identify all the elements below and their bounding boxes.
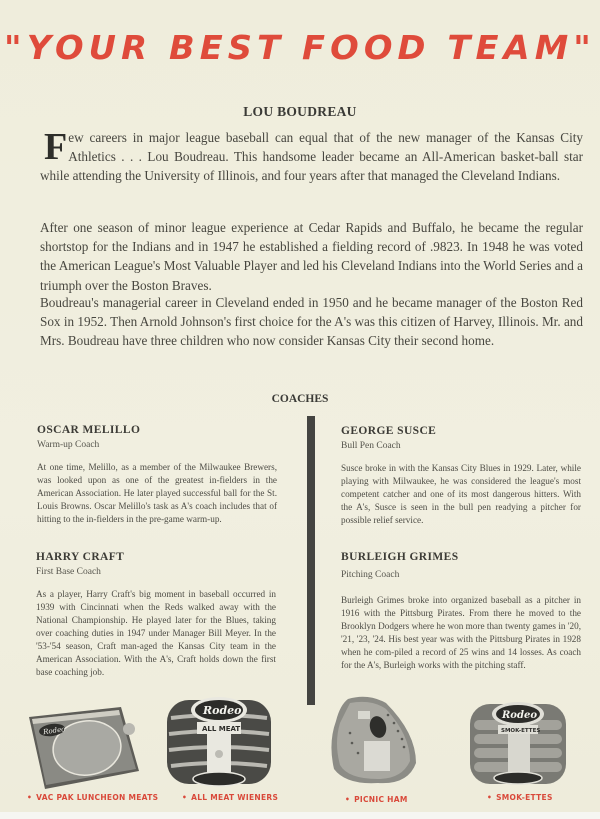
- bio-paragraph-3: Boudreau's managerial career in Clevelan…: [40, 293, 583, 351]
- bullet: •: [27, 793, 32, 802]
- svg-text:ALL MEAT: ALL MEAT: [202, 725, 240, 733]
- coach-role: Bull Pen Coach: [341, 441, 581, 451]
- coach-george-susce: GEORGE SUSCE Bull Pen Coach Susce broke …: [341, 425, 581, 527]
- smokettes-package-icon: Rodeo SMOK-ETTES: [466, 698, 570, 788]
- page-bottom-edge: [0, 812, 600, 819]
- picnic-ham-icon: [328, 693, 423, 788]
- coach-bio: At one time, Melillo, as a member of the…: [37, 461, 277, 526]
- manager-name-heading: LOU BOUDREAU: [0, 104, 600, 120]
- svg-text:SMOK-ETTES: SMOK-ETTES: [501, 728, 540, 734]
- wieners-package-icon: Rodeo ALL MEAT: [163, 692, 275, 790]
- bio-paragraph-1-text: ew careers in major league baseball can …: [40, 130, 583, 183]
- product-label-vac-pak: •VAC PAK LUNCHEON MEATS: [27, 793, 158, 802]
- bullet: •: [487, 793, 492, 802]
- product-label-smok-ettes: •SMOK-ETTES: [487, 793, 553, 802]
- product-label-picnic-ham: •PICNIC HAM: [345, 795, 408, 804]
- svg-text:Rodeo: Rodeo: [501, 710, 537, 721]
- coach-name: OSCAR MELILLO: [37, 424, 277, 436]
- coach-role: Warm-up Coach: [37, 440, 277, 450]
- page: "YOUR BEST FOOD TEAM" LOU BOUDREAU Few c…: [0, 0, 600, 812]
- column-divider: [307, 416, 315, 705]
- bullet: •: [345, 795, 350, 804]
- bio-paragraph-2-text: After one season of minor league experie…: [40, 218, 583, 295]
- coach-name: GEORGE SUSCE: [341, 425, 581, 437]
- coach-bio: As a player, Harry Craft's big moment in…: [36, 588, 276, 679]
- coach-role: Pitching Coach: [341, 570, 581, 580]
- coach-name: BURLEIGH GRIMES: [341, 551, 581, 563]
- bio-paragraph-1: Few careers in major league baseball can…: [40, 128, 583, 186]
- coaches-heading: COACHES: [0, 393, 600, 405]
- bio-paragraph-2: After one season of minor league experie…: [40, 218, 583, 295]
- coach-burleigh-grimes: BURLEIGH GRIMES Pitching Coach Burleigh …: [341, 551, 581, 672]
- coach-oscar-melillo: OSCAR MELILLO Warm-up Coach At one time,…: [37, 424, 277, 526]
- drop-cap: F: [44, 130, 67, 162]
- coach-name: HARRY CRAFT: [36, 551, 276, 563]
- coach-harry-craft: HARRY CRAFT First Base Coach As a player…: [36, 551, 276, 679]
- svg-text:Rodeo: Rodeo: [202, 704, 242, 717]
- bullet: •: [182, 793, 187, 802]
- bio-paragraph-3-text: Boudreau's managerial career in Clevelan…: [40, 293, 583, 351]
- page-title: "YOUR BEST FOOD TEAM": [0, 28, 600, 67]
- coach-bio: Susce broke in with the Kansas City Blue…: [341, 462, 581, 527]
- luncheon-meat-package-icon: Rodeo: [25, 705, 140, 790]
- product-label-wieners: •ALL MEAT WIENERS: [182, 793, 278, 802]
- coach-role: First Base Coach: [36, 567, 276, 577]
- coach-bio: Burleigh Grimes broke into organized bas…: [341, 594, 581, 672]
